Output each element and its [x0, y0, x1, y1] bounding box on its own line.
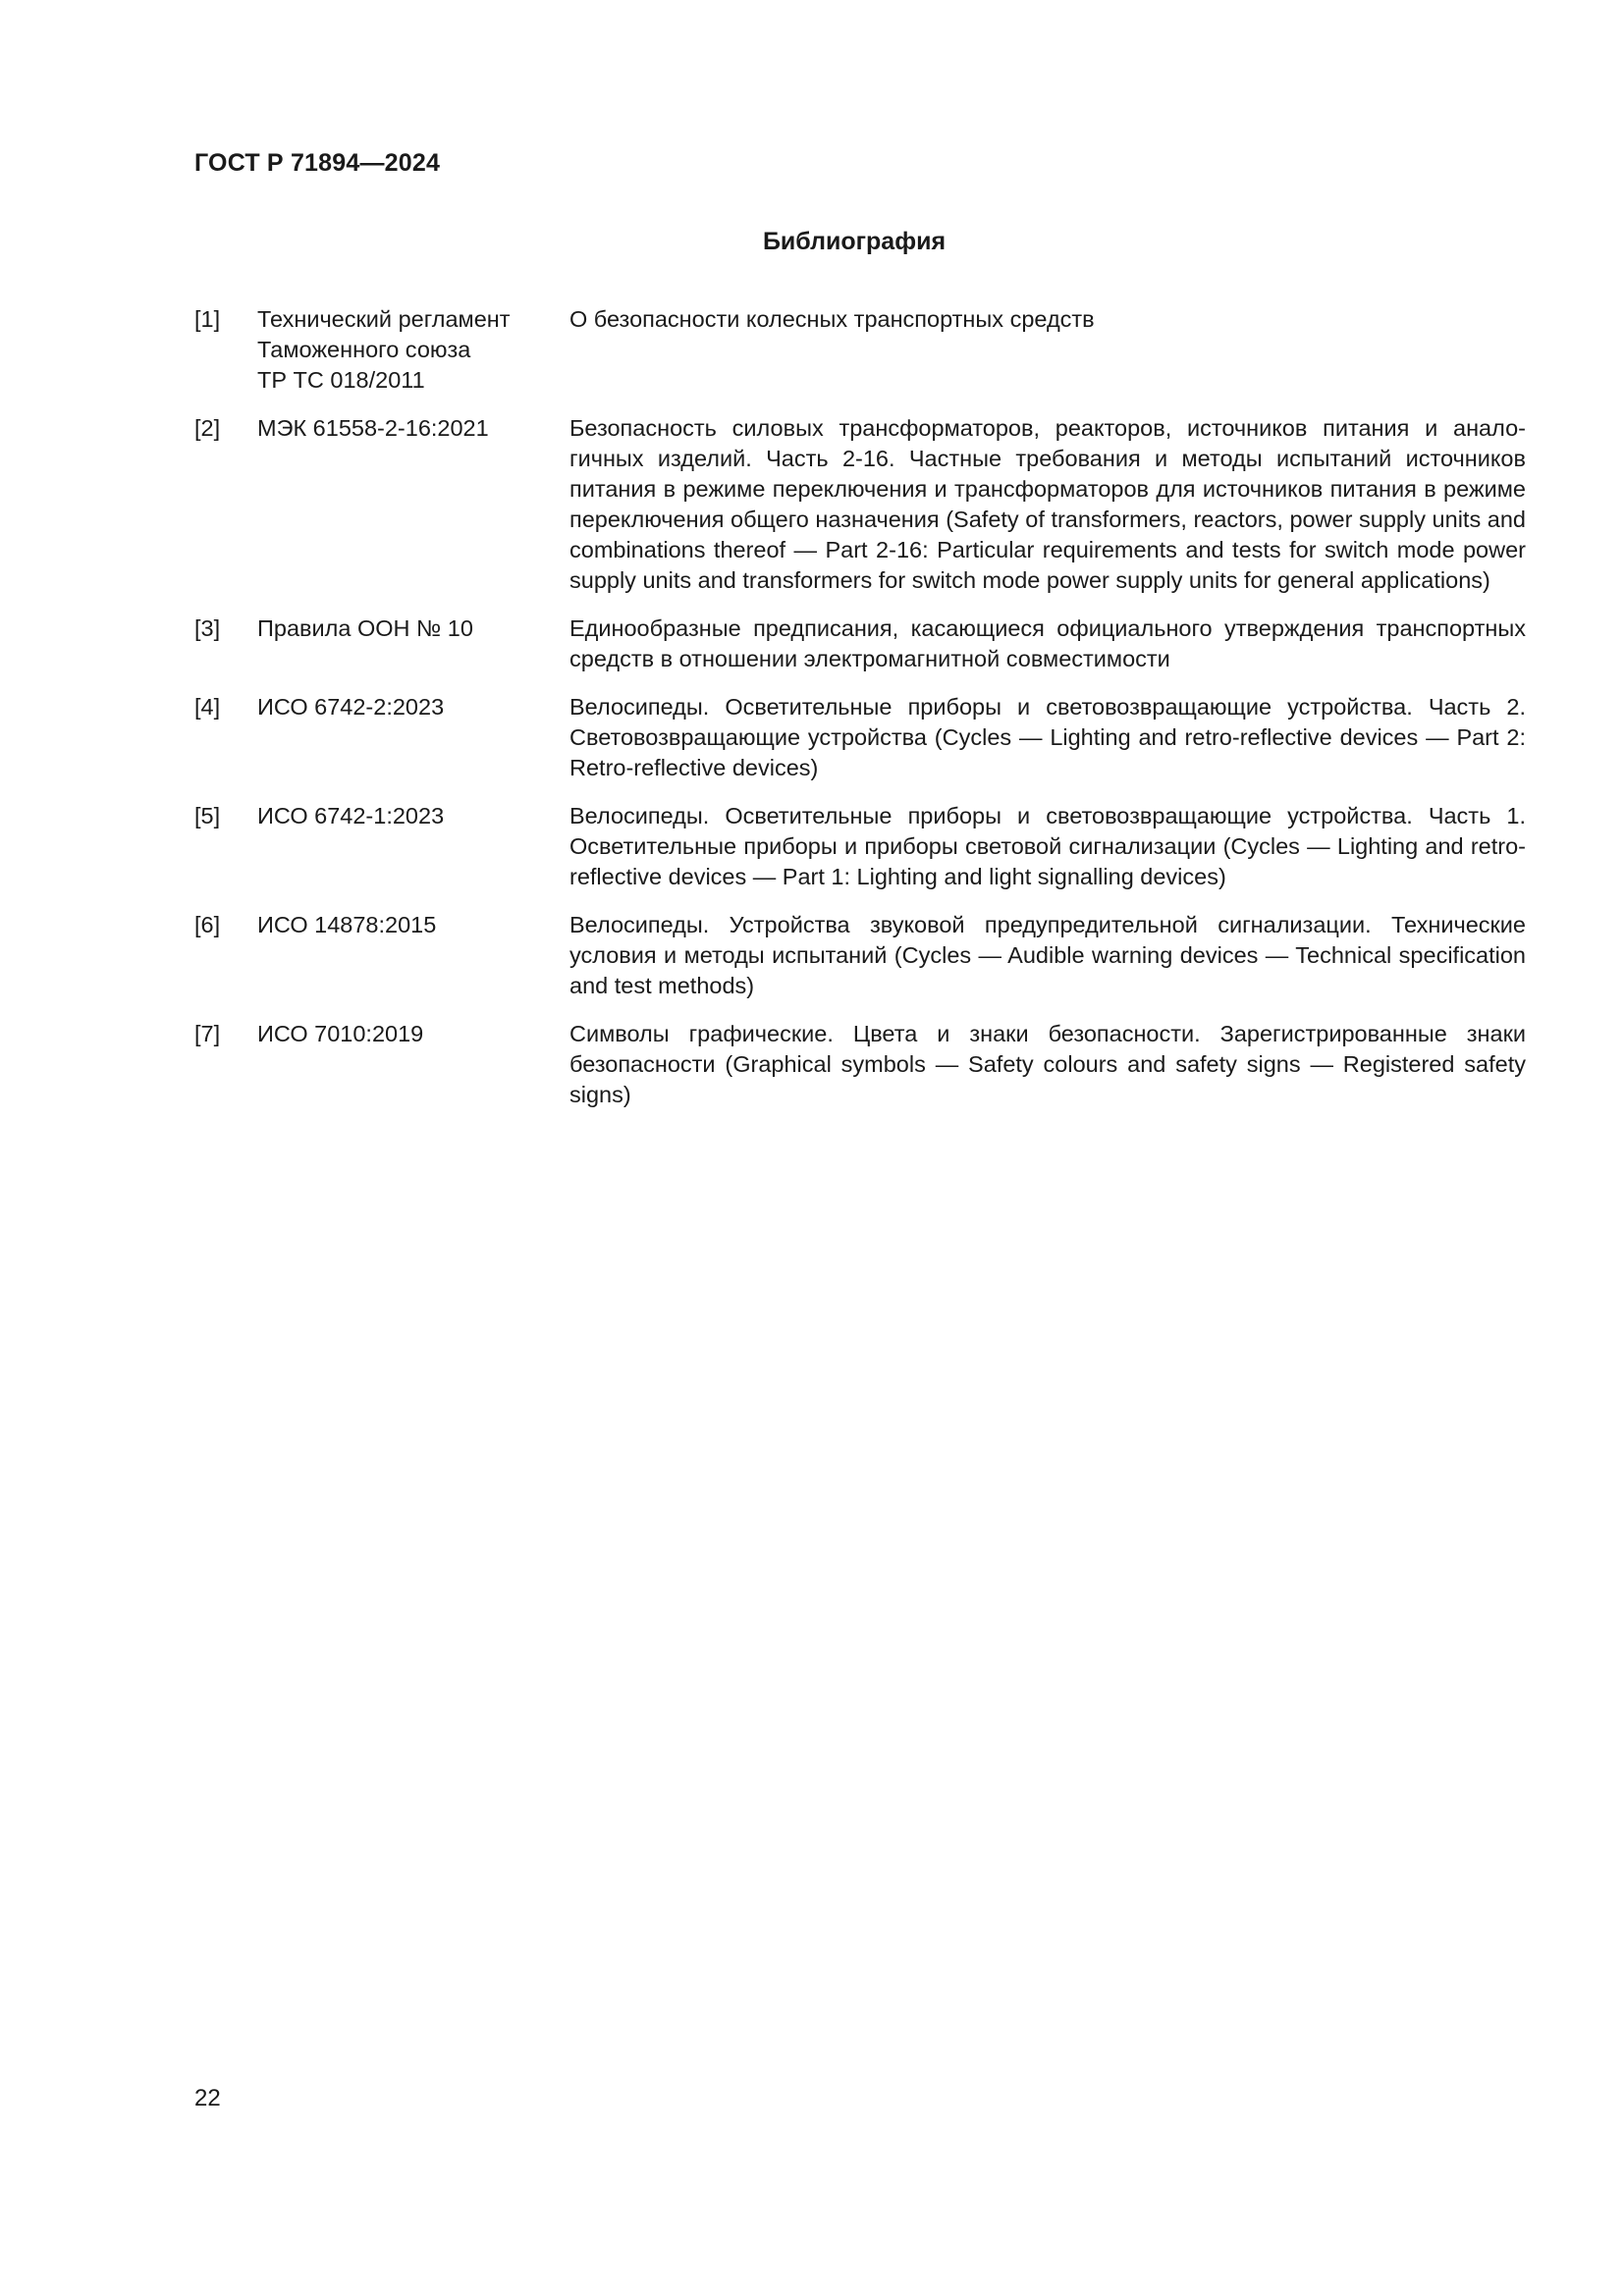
bibliography-list: [1] Технический регламент Таможенного со…: [194, 304, 1526, 1128]
entry-source: ИСО 7010:2019: [257, 1019, 569, 1049]
entry-description: Единообразные предписания, касающиеся оф…: [569, 614, 1526, 674]
entry-number: [5]: [194, 801, 257, 831]
bibliography-entry: [3] Правила ООН № 10 Единообразные предп…: [194, 614, 1526, 674]
bibliography-entry: [7] ИСО 7010:2019 Символы графические. Ц…: [194, 1019, 1526, 1110]
bibliography-entry: [6] ИСО 14878:2015 Велосипеды. Устройств…: [194, 910, 1526, 1001]
entry-description: Велосипеды. Осветительные приборы и свет…: [569, 801, 1526, 892]
document-code: ГОСТ Р 71894—2024: [194, 149, 440, 178]
entry-source: Технический регламент Таможенного союза …: [257, 304, 569, 396]
entry-description: Безопасность силовых трансформаторов, ре…: [569, 413, 1526, 596]
entry-source: Правила ООН № 10: [257, 614, 569, 644]
bibliography-entry: [2] МЭК 61558-2-16:2021 Безопасность сил…: [194, 413, 1526, 596]
entry-source: ИСО 6742-1:2023: [257, 801, 569, 831]
entry-number: [4]: [194, 692, 257, 722]
entry-number: [1]: [194, 304, 257, 335]
entry-description: Велосипеды. Устройства звуковой предупре…: [569, 910, 1526, 1001]
entry-number: [2]: [194, 413, 257, 444]
entry-source: МЭК 61558-2-16:2021: [257, 413, 569, 444]
entry-source: ИСО 14878:2015: [257, 910, 569, 940]
entry-number: [6]: [194, 910, 257, 940]
bibliography-entry: [1] Технический регламент Таможенного со…: [194, 304, 1526, 396]
entry-description: О безопасности колесных транспортных сре…: [569, 304, 1526, 335]
entry-description: Велосипеды. Осветительные приборы и свет…: [569, 692, 1526, 783]
entry-description: Символы графические. Цвета и знаки безоп…: [569, 1019, 1526, 1110]
bibliography-entry: [5] ИСО 6742-1:2023 Велосипеды. Осветите…: [194, 801, 1526, 892]
section-title: Библиография: [0, 228, 1624, 256]
page-number: 22: [194, 2085, 221, 2112]
entry-source: ИСО 6742-2:2023: [257, 692, 569, 722]
bibliography-entry: [4] ИСО 6742-2:2023 Велосипеды. Осветите…: [194, 692, 1526, 783]
entry-number: [3]: [194, 614, 257, 644]
entry-number: [7]: [194, 1019, 257, 1049]
